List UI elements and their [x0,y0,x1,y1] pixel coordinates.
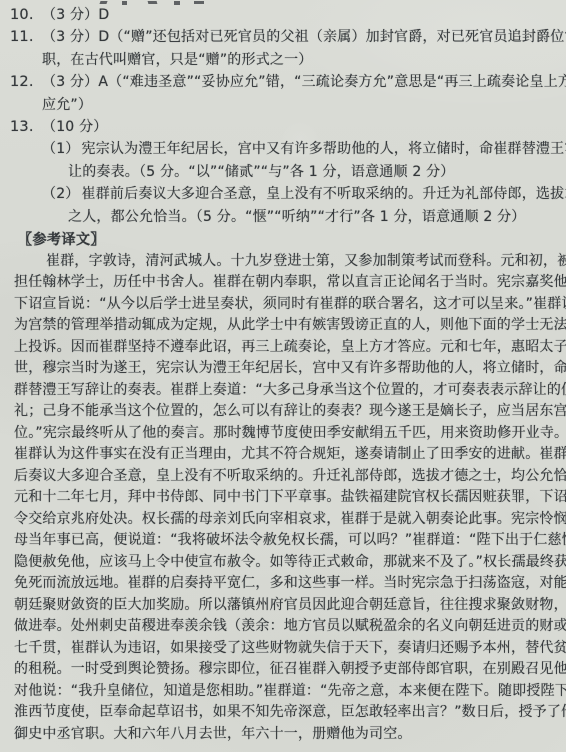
translation-text-line: 淮西节度使，臣奉命起草诏书，如果不知先帝深意，臣怎敢轻率出言？”数日后，授予了他 [0,702,566,724]
sub-question-label: （2） [42,186,82,202]
translation-text-line: 位。”宪宗最终听从了他的奏言。那时魏博节度使田季安献绢五千匹，用来资助修开业寺。 [0,423,566,445]
answer-item: 11.（3 分）D（“赠”还包括对已死官员的父祖（亲属）加封官爵，对已死官员追封… [0,26,566,48]
translation-text-line: 为宫禁的管理举措动辄成为定规，从此学士中有嫉害毁谤正直的人，则他下面的学士无法向 [0,315,566,337]
translation-text-line: 隐便赦免他，应该马上令中使宣布赦令。如等待正式敕命，那就来不及了。”权长孺最终获 [0,552,566,574]
sub-answer-item: （1）宪宗认为澧王年纪居长，宫中又有许多帮助他的人，将立储时，命崔群替澧王写辞 [0,138,566,160]
translation-text-line: 世，穆宗当时为遂王，宪宗认为澧王年纪居长，宫中又有许多帮助他的人，将立储时，命崔 [0,358,566,380]
answer-text: 应允”） [42,97,92,113]
answer-item-continuation: 应允”） [0,94,566,116]
sub-answer-item: （2）崔群前后奏议大多迎合圣意，皇上没有不听取采纳的。升迁为礼部侍郎，选拔才德 [0,183,566,205]
translation-text-line: 母当年事已高，便说道：“我将破坏法令赦免权长孺，可以吗？”崔群道：“陛下出于仁慈… [0,530,566,552]
sub-answer-text: 崔群前后奏议大多迎合圣意，皇上没有不听取采纳的。升迁为礼部侍郎，选拔才德 [82,186,566,202]
translation-text-line: 元和十二年七月，拜中书侍郎、同中书门下平章事。盐铁福建院官权长孺因赃获罪，下诏命 [0,487,566,509]
answer-list: 10.（3 分）D11.（3 分）D（“赠”还包括对已死官员的父祖（亲属）加封官… [0,4,566,228]
sub-question-label: （1） [42,141,82,157]
sub-answer-text: 让的奏表。（5 分。“以”“储贰”“与”各 1 分，语意通顺 2 分） [68,164,455,180]
answer-item-continuation: 职，在古代叫赠官，只是“赠”的形式之一） [0,49,566,71]
reference-translation-body: 崔群，字敦诗，清河武城人。十九岁登进士第，又参加制策考试而登科。元和初，被召担任… [0,251,566,746]
answer-text: （3 分）D（“赠”还包括对已死官员的父祖（亲属）加封官爵，对已死官员追封爵位官 [42,29,566,45]
translation-text-line: 做进奉。处州刺史苗稷进奉羡余钱（羡余：地方官员以赋税盈余的名义向朝廷进贡的财或物… [0,616,566,638]
translation-text-line: 群替澧王写辞让的奏表。崔群上奏道：“大多己身承当这个位置的，才可奏表表示辞让的仪 [0,380,566,402]
answer-text: （3 分）D [42,7,109,23]
reference-translation-heading: 〖参考译文〗 [0,229,566,251]
question-number: 13. [10,116,34,138]
translation-text-line: 七千贯，崔群认为违诏，如果接受了这些财物就失信于天下，奏请归还赐予本州，替代贫民 [0,638,566,660]
translation-text-line: 免死而流放远地。崔群的启奏持平宽仁，多和这些事一样。当时宪宗急于扫荡盗寇，对能为 [0,573,566,595]
answer-item: 13.（10 分） [0,116,566,138]
translation-text-line: 朝廷聚财敛资的臣大加奖励。所以藩镇州府官员因此迎合朝廷意旨，往往搜求聚敛财物，当 [0,595,566,617]
question-number: 10. [10,4,34,26]
page-content: 10.（3 分）D11.（3 分）D（“赠”还包括对已死官员的父祖（亲属）加封官… [0,4,566,745]
answer-text: （10 分） [42,119,107,135]
answer-text: 职，在古代叫赠官，只是“赠”的形式之一） [42,52,313,68]
sub-answer-continuation: 之人，都公允恰当。（5 分。“惬”“听纳”“才行”各 1 分，语意通顺 2 分） [0,206,566,228]
sub-answer-text: 宪宗认为澧王年纪居长，宫中又有许多帮助他的人，将立储时，命崔群替澧王写辞 [82,141,566,157]
translation-text-line: 令交给京兆府处决。权长孺的母亲刘氏向宰相哀求，崔群于是就入朝奏论此事。宪宗怜悯其 [0,509,566,531]
translation-text-line: 上投诉。因而崔群坚持不遵奉此诏，再三上疏奏论，皇上方才答应。元和七年，惠昭太子去 [0,337,566,359]
translation-text-line: 崔群，字敦诗，清河武城人。十九岁登进士第，又参加制策考试而登科。元和初，被召 [0,251,566,273]
question-number: 11. [10,26,34,48]
scanned-answer-sheet-page: 10.（3 分）D11.（3 分）D（“赠”还包括对已死官员的父祖（亲属）加封官… [0,0,566,752]
translation-text-line: 的租税。一时受到舆论赞扬。穆宗即位，征召崔群入朝授予吏部侍郎官职，在别殿召见他， [0,659,566,681]
question-number: 12. [10,71,34,93]
answer-item: 10.（3 分）D [0,4,566,26]
sub-answer-continuation: 让的奏表。（5 分。“以”“储贰”“与”各 1 分，语意通顺 2 分） [0,161,566,183]
translation-text-line: 崔群认为这件事实在没有正当理由，尤其不符合规矩，遂奏请制止了田季安的进献。崔群前 [0,444,566,466]
translation-text-line: 后奏议大多迎合圣意，皇上没有不听取采纳的。升迁礼部侍郎，选拔才德之士，均公允恰当… [0,466,566,488]
translation-text-line: 下诏宣旨说：“从今以后学士进呈奏状，须同时有崔群的联合署名，这才可以呈来。”崔群… [0,294,566,316]
sub-answer-text: 之人，都公允恰当。（5 分。“惬”“听纳”“才行”各 1 分，语意通顺 2 分） [68,209,526,225]
translation-text-line: 御史中丞官职。大和六年八月去世，年六十一，册赠他为司空。 [0,724,566,746]
answer-item: 12.（3 分）A（“难违圣意”“妥协应允”错，“三疏论奏方允”意思是“再三上疏… [0,71,566,93]
translation-text-line: 担任翰林学士，历任中书舍人。崔群在朝内奉职，常以直言正论闻名于当时。宪宗嘉奖他， [0,272,566,294]
answer-text: （3 分）A（“难违圣意”“妥协应允”错，“三疏论奏方允”意思是“再三上疏奏论皇… [42,74,566,90]
translation-text-line: 礼；己身不能承当这个位置的，怎么可以有辞让的奏表？现今遂王是嫡长子，应当居东宫正 [0,401,566,423]
translation-text-line: 对他说：“我升皇储位，知道是您相助。”崔群道：“先帝之意，本来便在陛下。随即授陛… [0,681,566,703]
